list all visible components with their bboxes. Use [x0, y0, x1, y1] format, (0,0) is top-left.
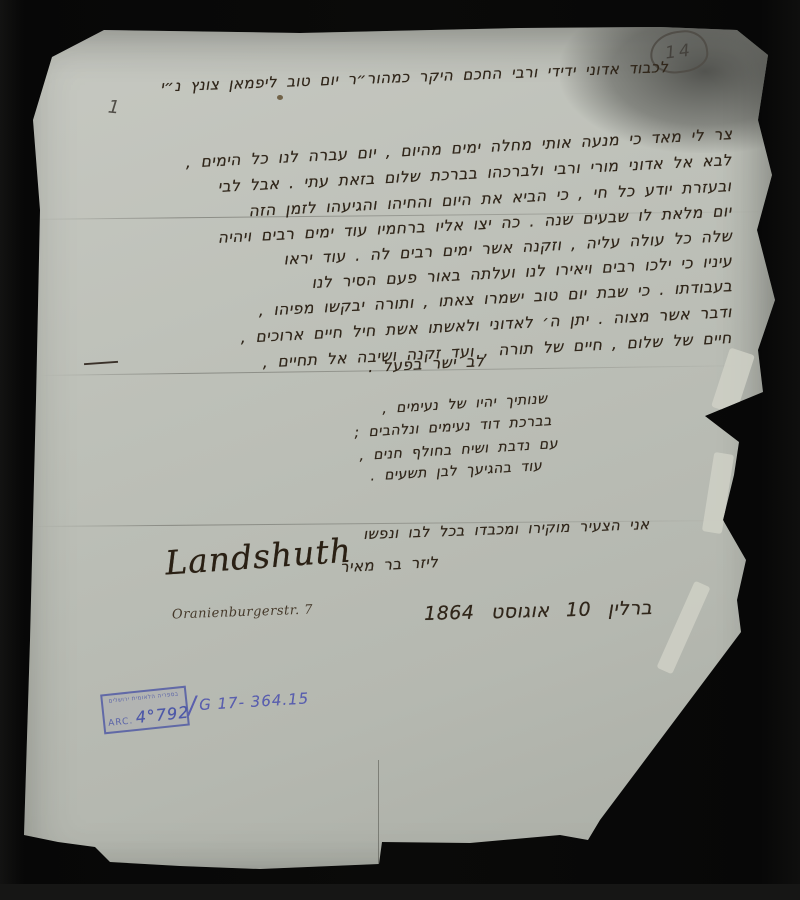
signature-latin: Landshuth [164, 531, 353, 583]
torn-edge-flap [702, 452, 734, 534]
manuscript-page: 14 לכבוד אדוני ידידי ורבי החכם היקר כמהו… [20, 25, 780, 880]
poem-line: בברכת דוד נעימים ונלהבים ; [354, 413, 552, 441]
catalog-slash: / [187, 691, 198, 720]
photo-backdrop: 14 לכבוד אדוני ידידי ורבי החכם היקר כמהו… [0, 0, 800, 900]
library-stamp: בספריה הלאומית ירושלים ARC. 4°792 [100, 686, 190, 735]
paper-crack [378, 760, 379, 870]
dateline: ברלין 10 אוגוסט 1864 [424, 597, 653, 625]
torn-edge-flap [656, 581, 710, 675]
catalog-number-text: G 17- 364.15 [199, 689, 310, 714]
poem-line: שנותיך יהיו של נעימים , [381, 391, 547, 417]
address-line: Oranienburgerstr. 7 [172, 603, 314, 623]
stamp-arc-label: ARC. [108, 716, 134, 729]
folio-number-text: 14 [664, 40, 694, 63]
torn-edge-flap [18, 85, 36, 178]
scan-edge-strip [0, 884, 800, 900]
torn-edge-flap [711, 348, 755, 415]
pencil-mark-1: 1 [107, 96, 121, 118]
catalog-number: /G 17- 364.15 [187, 684, 310, 719]
poem-line: עוד בהגיעך לבן תשעים . [370, 458, 543, 484]
stamp-hebrew-text: בספריה הלאומית ירושלים [109, 690, 179, 704]
stamp-shelfmark: 4°792 [135, 702, 190, 727]
paragraph-end-dash [84, 361, 118, 365]
signature-hebrew: ליזר בר מאיר [339, 553, 438, 576]
ink-stain [277, 95, 283, 100]
closing-line: אני הצעיר מוקירו ומכבדו בכל לבו ונפשו [363, 517, 650, 543]
stamp-shelfmark-row: ARC. 4°792 [107, 703, 185, 730]
